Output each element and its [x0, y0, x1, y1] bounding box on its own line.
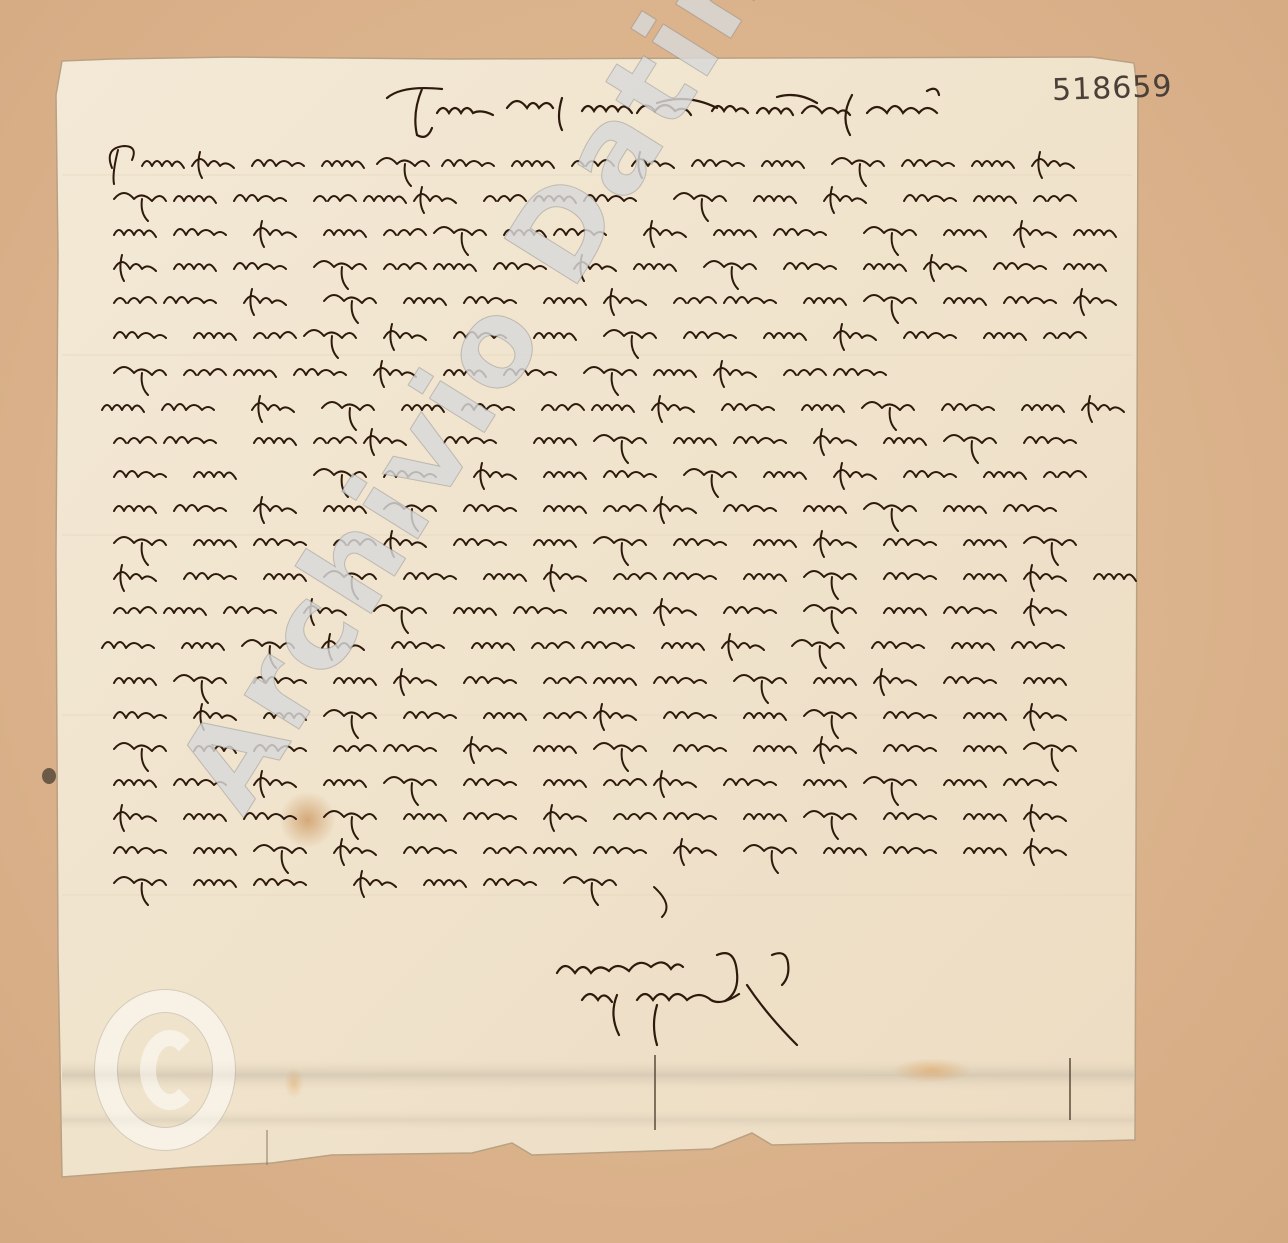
signature-handwriting [547, 945, 807, 1055]
copyright-c-icon [140, 1030, 200, 1110]
